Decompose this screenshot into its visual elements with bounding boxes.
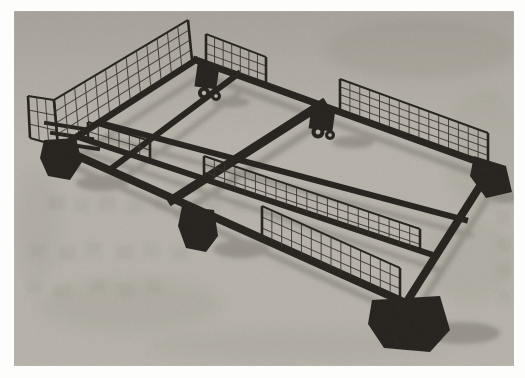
photo-image bbox=[0, 0, 525, 378]
photo-area bbox=[14, 11, 525, 366]
halftone-grain-overlay bbox=[14, 11, 514, 366]
scanned-page bbox=[0, 0, 525, 378]
